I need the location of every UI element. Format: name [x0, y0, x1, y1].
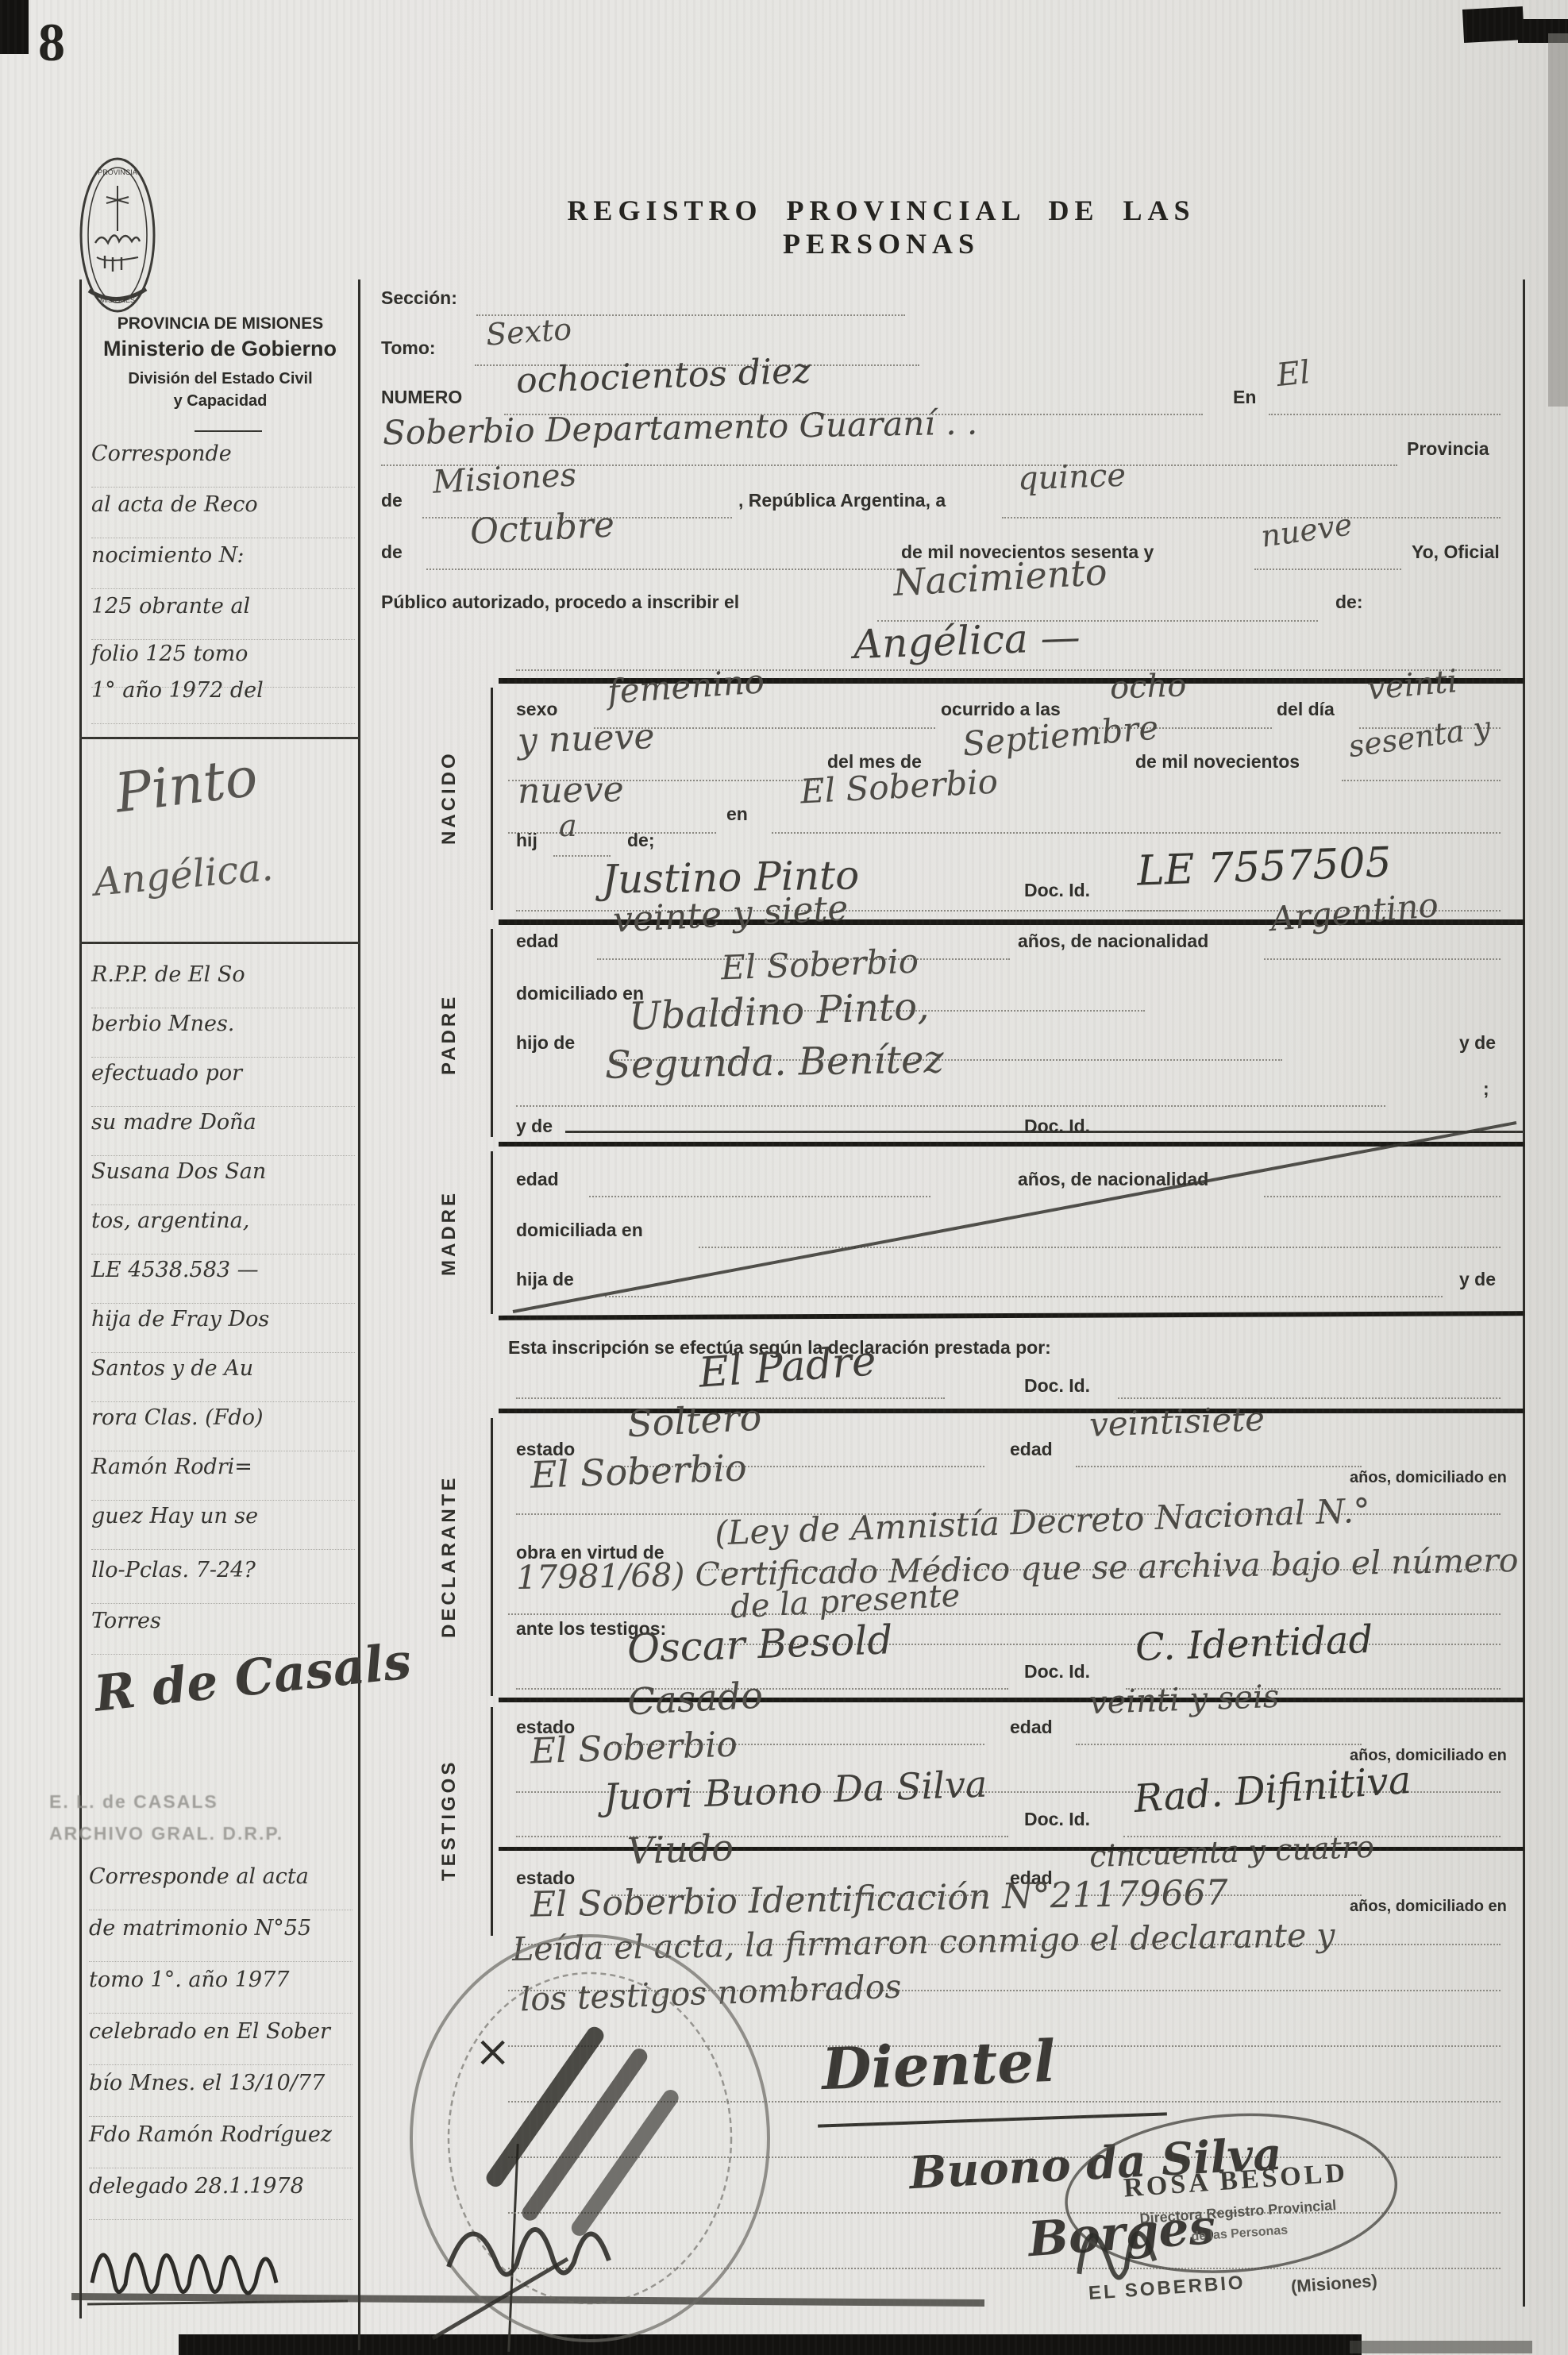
section-label-padre: PADRE	[438, 941, 460, 1127]
t1-doc-value: Rad. Difinitiva	[1132, 1758, 1412, 1821]
abuelo-value: Ubaldino Pinto,	[628, 984, 930, 1039]
margin-note-line: hija de Fray Dos	[91, 1307, 355, 1353]
margin-note-line: berbio Mnes.	[91, 1012, 355, 1058]
hora-value: ocho	[1109, 667, 1187, 706]
declarante-doc-value: C. Identidad	[1135, 1617, 1373, 1670]
margin-note-line: rora Clas. (Fdo)	[91, 1405, 355, 1451]
margin-note-line: 125 obrante al	[91, 594, 355, 640]
field-line	[772, 832, 1501, 834]
section-label-madre: MADRE	[438, 1158, 460, 1309]
archive-stamp-text: E. L. de CASALS	[49, 1791, 218, 1813]
section-label-declarante: DECLARANTE	[438, 1425, 460, 1687]
margin-note-line: su madre Doña	[91, 1110, 355, 1156]
svg-text:PROVINCIA: PROVINCIA	[98, 168, 137, 176]
scan-artifact	[0, 0, 29, 54]
section-rule	[491, 929, 493, 1137]
scan-artifact	[1350, 2341, 1532, 2353]
abuela-value: Segunda. Benítez	[605, 1037, 945, 1087]
padre-hijo-label: hijo de	[516, 1032, 575, 1054]
declarante-estado-value: Soltero	[626, 1396, 763, 1446]
page-title: REGISTRO PROVINCIAL DE LAS PERSONAS	[524, 194, 1239, 260]
t1-nombre-value: Juori Buono Da Silva	[603, 1763, 988, 1819]
t1-edad-label: edad	[1010, 1717, 1053, 1738]
t2-anos-label: años, domiciliado en	[1350, 1898, 1507, 1916]
section-rule	[491, 1418, 493, 1696]
field-line	[1002, 517, 1501, 518]
field-line	[516, 1836, 1008, 1837]
margin-note-line: llo-Pclas. 7-24?	[91, 1558, 355, 1604]
field-line	[508, 1613, 1501, 1615]
field-line	[1254, 569, 1401, 570]
declarante-nombre-value: Oscar Besold	[626, 1617, 893, 1672]
declarante-edad-label: edad	[1010, 1439, 1053, 1460]
hijo-label: hij	[516, 830, 537, 851]
tomo-label: Tomo:	[381, 337, 436, 359]
archive-stamp-text: ARCHIVO GRAL. D.R.P.	[49, 1823, 283, 1844]
field-line	[426, 569, 895, 570]
field-line	[508, 832, 716, 834]
field-line	[1118, 1397, 1501, 1399]
margin-note-line: Ramón Rodri=	[91, 1455, 355, 1501]
t1-edad-value: veinti y seis	[1088, 1679, 1280, 1721]
en-value: El	[1275, 354, 1312, 394]
declarante-dom-value: El Soberbio	[530, 1446, 747, 1496]
republica-label: , República Argentina, a	[738, 490, 946, 511]
scan-artifact	[1548, 33, 1568, 407]
margin-note-line: Susana Dos San	[91, 1159, 355, 1205]
doc-id-label: Doc. Id.	[1024, 880, 1090, 901]
dia-value: veinti	[1366, 663, 1458, 707]
margin-note-line: al acta de Reco	[91, 492, 355, 538]
mes-value: Octubre	[469, 504, 615, 552]
padre-dom-label: domiciliado en	[516, 983, 644, 1004]
anio-nac-value2: nueve	[518, 769, 624, 811]
numero-value: ochocientos diez	[515, 351, 811, 402]
margin-note-line: tomo 1°. año 1977	[89, 1968, 353, 2014]
field-line	[1076, 1744, 1362, 1745]
anio-value: nueve	[1258, 507, 1354, 554]
doc-id-value: LE 7557505	[1136, 838, 1393, 895]
margin-note-line: celebrado en El Sober	[89, 2019, 353, 2065]
provincial-seal-icon: PROVINCIA MISIONES	[78, 156, 157, 314]
t2-estado-value: Viudo	[626, 1826, 734, 1873]
margin-note-line: 1° año 1972 del	[91, 678, 355, 724]
padre-edad-label: edad	[516, 931, 559, 952]
margin-note-line: efectuado por	[91, 1061, 355, 1107]
yo-oficial-label: Yo, Oficial	[1412, 542, 1500, 563]
margin-note-line: bío Mnes. el 13/10/77	[89, 2071, 353, 2117]
en-nac-label: en	[726, 804, 748, 825]
declarante-anos-label: años, domiciliado en	[1350, 1469, 1507, 1487]
page-number: 8	[38, 11, 65, 74]
signature-flourish	[86, 2207, 360, 2311]
scan-artifact	[1462, 6, 1524, 43]
section-rule	[491, 688, 493, 910]
y-de-label: y de	[1459, 1032, 1496, 1054]
publico-label: Público autorizado, procedo a inscribir …	[381, 592, 739, 613]
de3-label: de:	[1335, 592, 1363, 613]
sidebar-org-ministry: Ministerio de Gobierno	[84, 337, 356, 361]
anio-nac-value: sesenta y	[1346, 710, 1493, 765]
margin-note-line: Santos y de Au	[91, 1356, 355, 1402]
hijo-fill: a	[559, 808, 577, 843]
signature-declarante: Dientel	[821, 2027, 1057, 2103]
margin-note-line: nocimiento N:	[91, 543, 355, 589]
sidebar-right-border	[358, 279, 360, 2350]
sidebar-rule	[79, 737, 360, 739]
del-dia-label: del día	[1277, 699, 1335, 720]
lugar-value: Soberbio Departamento Guaraní . .	[383, 403, 978, 452]
margin-note-line: R.P.P. de El So	[91, 962, 355, 1008]
sidebar-left-border	[79, 279, 82, 2318]
sidebar-divider	[195, 430, 262, 432]
field-line	[516, 1105, 1385, 1107]
de-label: de	[381, 490, 403, 511]
diagonal-strike	[499, 1112, 1524, 1318]
provincia-label: Provincia	[1407, 438, 1489, 460]
doc-id-label: Doc. Id.	[1024, 1661, 1090, 1682]
round-stamp-icon	[401, 1925, 778, 2354]
margin-note-line: de matrimonio N°55	[89, 1916, 353, 1962]
tomo-value: Sexto	[485, 311, 573, 352]
sexo-label: sexo	[516, 699, 557, 720]
dia-value: quince	[1017, 457, 1127, 498]
inscripto-name: Angélica —	[853, 614, 1081, 668]
field-line	[1076, 1466, 1362, 1467]
section-label-nacido: NACIDO	[438, 699, 460, 897]
obra-value1: (Ley de Amnistía Decreto Nacional N.°	[714, 1491, 1370, 1553]
sidebar-rule	[79, 942, 360, 944]
field-line	[1269, 414, 1501, 415]
seccion-label: Sección:	[381, 287, 457, 309]
t1-estado-value: Casado	[626, 1674, 764, 1724]
margin-note-line: tos, argentina,	[91, 1208, 355, 1255]
numero-label: NUMERO	[381, 387, 462, 408]
section-rule	[491, 1151, 493, 1314]
padre-dom-value: El Soberbio	[720, 942, 919, 988]
provincia-value: Misiones	[432, 457, 577, 500]
de2-label: de	[381, 542, 403, 563]
t1-dom-value: El Soberbio	[530, 1724, 738, 1771]
mil-nac-label: de mil novecientos	[1135, 751, 1300, 773]
oval-stamp: ROSA BESOLD Directora Registro Provincia…	[1052, 2092, 1416, 2346]
margin-note-line: Corresponde al acta	[89, 1864, 353, 1910]
x-mark: ×	[475, 2026, 510, 2076]
punto-label: ;	[1483, 1078, 1489, 1100]
given-name-script: Angélica.	[92, 845, 275, 904]
sidebar-org-capacity: y Capacidad	[87, 392, 353, 410]
section-rule	[491, 1707, 493, 1936]
svg-text:MISIONES: MISIONES	[100, 296, 135, 304]
section-label-testigos: TESTIGOS	[438, 1715, 460, 1925]
doc-id-label: Doc. Id.	[1024, 1809, 1090, 1830]
t2-dom-value: El Soberbio Identificación N°21179667	[530, 1872, 1228, 1925]
obra-value2: 17981/68) Certificado Médico que se arch…	[516, 1541, 1519, 1597]
document-page: 8 REGISTRO PROVINCIAL DE LAS PERSONAS PR…	[0, 0, 1568, 2355]
margin-note-line: LE 4538.583 —	[91, 1258, 355, 1304]
en-label: En	[1233, 387, 1256, 408]
dia-value2: y nueve	[517, 716, 655, 761]
padre-nac-value: Argentino	[1269, 885, 1439, 939]
sidebar-org-division: División del Estado Civil	[87, 370, 353, 388]
margin-note-line: Fdo Ramón Rodríguez	[89, 2122, 353, 2168]
padre-nac-label: años, de nacionalidad	[1018, 931, 1208, 952]
declarante-edad-value: veintisiete	[1088, 1399, 1266, 1444]
field-line	[1342, 780, 1501, 781]
doc-id-label: Doc. Id.	[1024, 1375, 1090, 1397]
field-line	[1264, 958, 1501, 960]
sidebar-org-province: PROVINCIA DE MISIONES	[87, 314, 353, 333]
de-hijo-label: de;	[627, 830, 655, 851]
margin-note-line: Corresponde	[91, 441, 355, 488]
surname-script: Pinto	[112, 746, 261, 825]
margin-note-line: guez Hay un se	[91, 1504, 355, 1550]
